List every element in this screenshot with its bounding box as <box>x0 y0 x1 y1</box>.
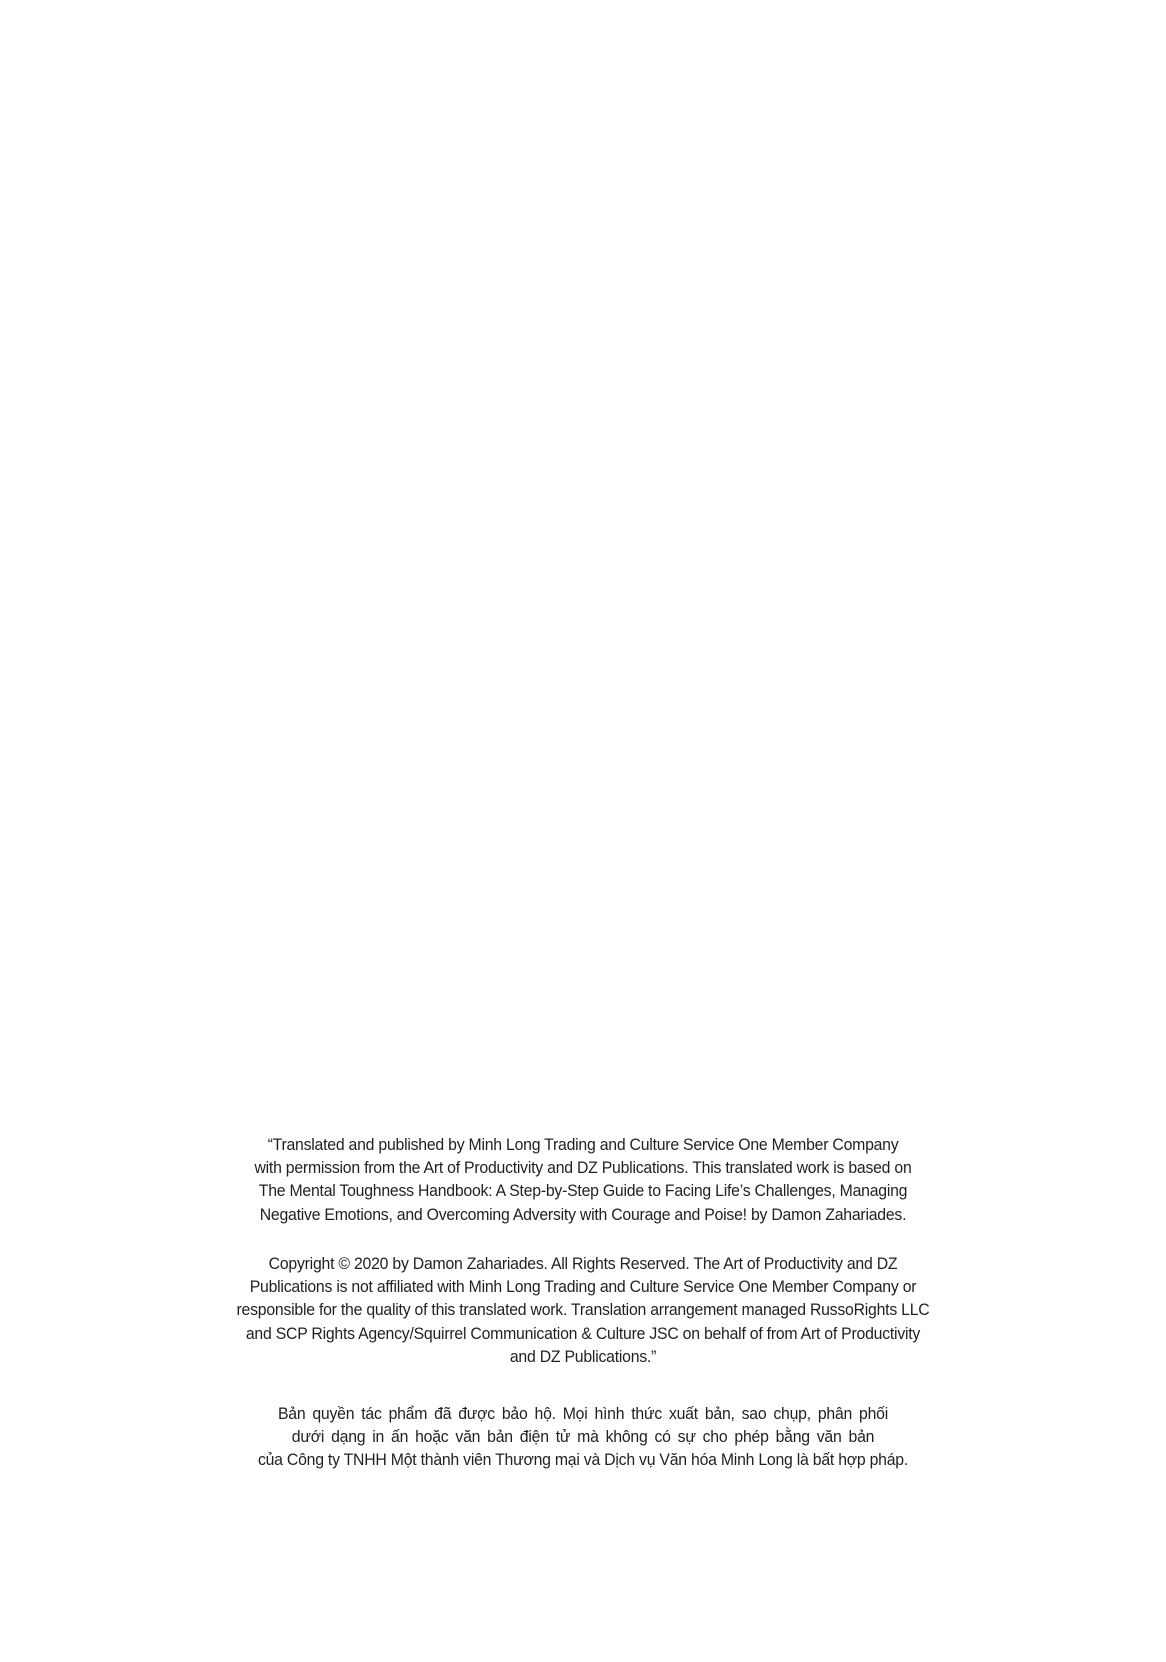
text-line: Copyright © 2020 by Damon Zahariades. Al… <box>41 1252 1125 1275</box>
text-line: Publications is not affiliated with Minh… <box>41 1275 1125 1298</box>
text-line: Bản quyền tác phẩm đã được bảo hộ. Mọi h… <box>41 1402 1125 1425</box>
text-line: and DZ Publications.” <box>41 1345 1125 1368</box>
copyright-page: “Translated and published by Minh Long T… <box>0 0 1166 1662</box>
translation-notice-paragraph: “Translated and published by Minh Long T… <box>0 1133 1166 1226</box>
text-line: “Translated and published by Minh Long T… <box>41 1133 1125 1156</box>
text-line: The Mental Toughness Handbook: A Step-by… <box>41 1179 1125 1202</box>
vietnamese-rights-notice-paragraph: Bản quyền tác phẩm đã được bảo hộ. Mọi h… <box>0 1402 1166 1472</box>
text-line: Negative Emotions, and Overcoming Advers… <box>41 1203 1125 1226</box>
copyright-notice-paragraph: Copyright © 2020 by Damon Zahariades. Al… <box>0 1252 1166 1368</box>
text-line: with permission from the Art of Producti… <box>41 1156 1125 1179</box>
text-line: responsible for the quality of this tran… <box>41 1298 1125 1321</box>
text-line: and SCP Rights Agency/Squirrel Communica… <box>41 1322 1125 1345</box>
text-line: của Công ty TNHH Một thành viên Thương m… <box>41 1448 1125 1471</box>
text-line: dưới dạng in ấn hoặc văn bản điện tử mà … <box>41 1425 1125 1448</box>
